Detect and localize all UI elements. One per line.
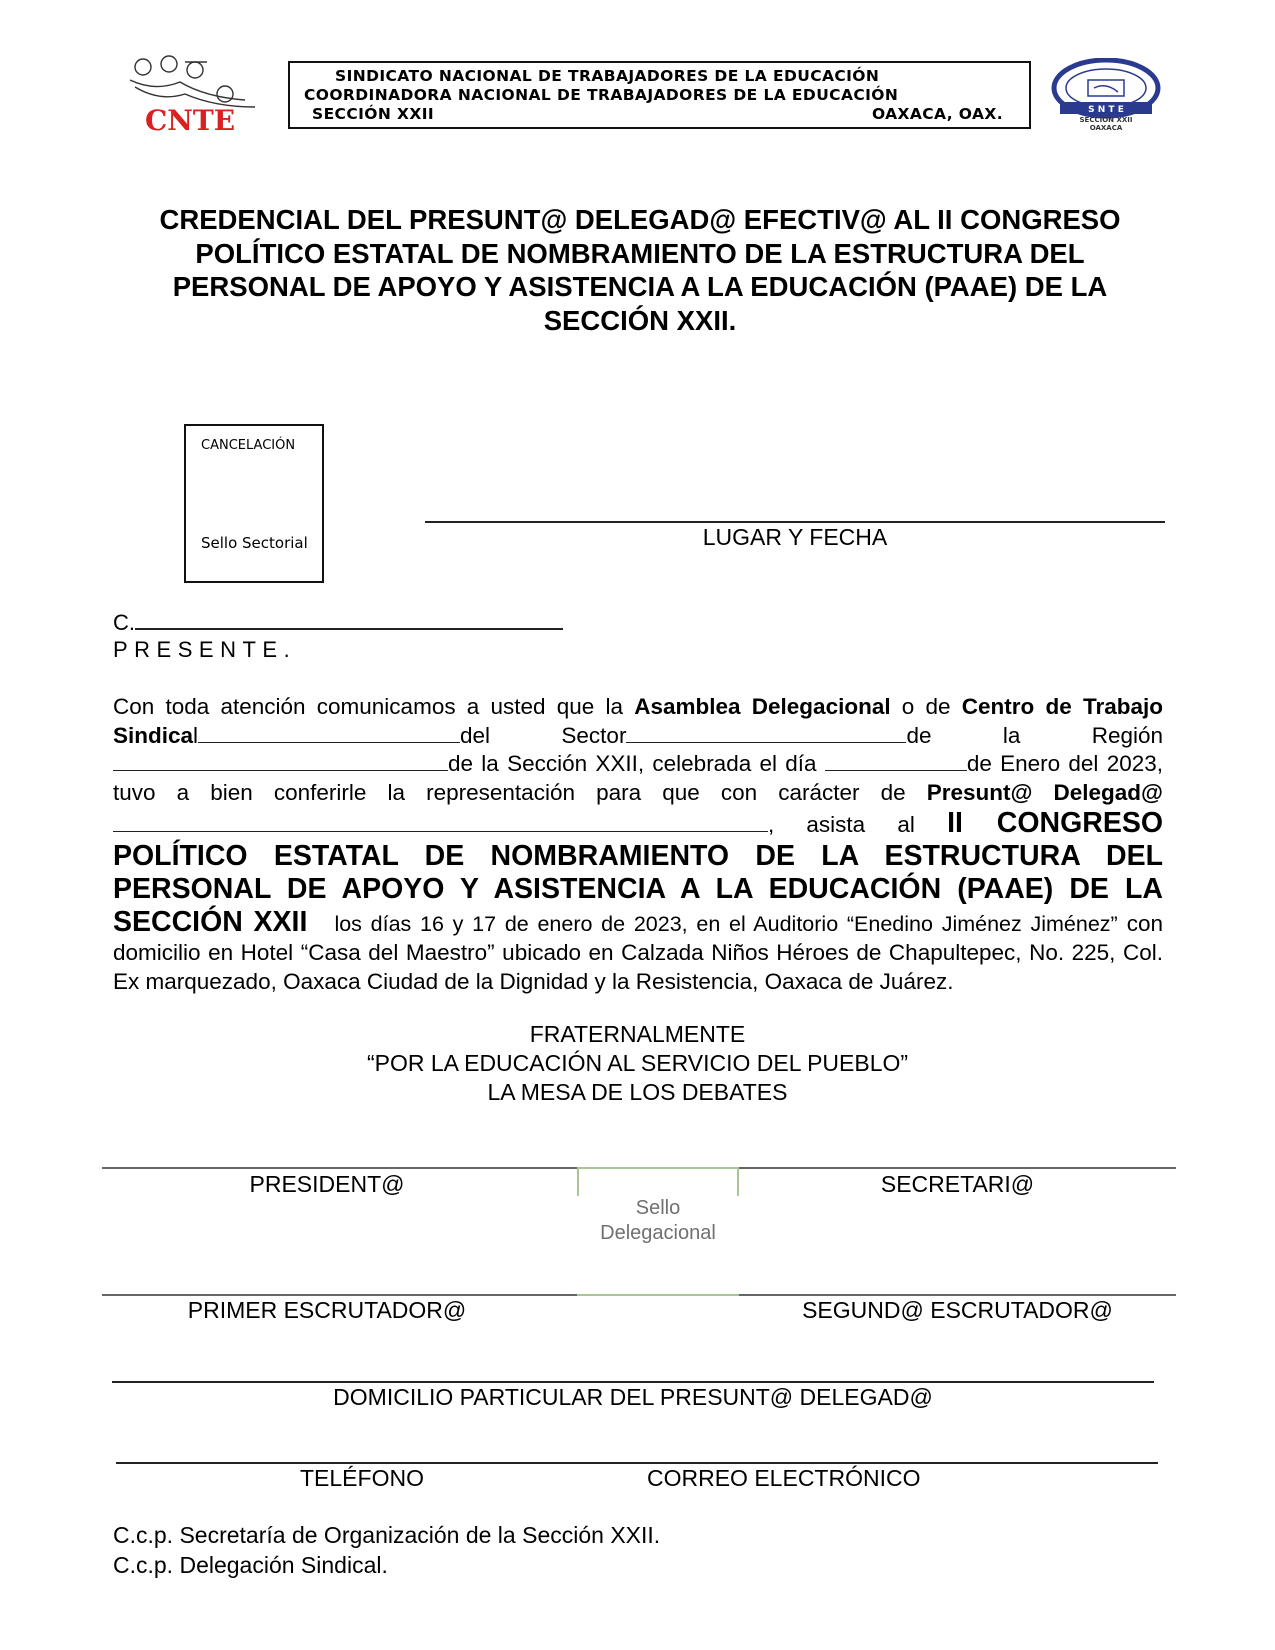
header-box: SINDICATO NACIONAL DE TRABAJADORES DE LA… bbox=[288, 61, 1031, 129]
document-title: CREDENCIAL DEL PRESUNT@ DELEGAD@ EFECTIV… bbox=[120, 203, 1160, 337]
address-label: DOMICILIO PARTICULAR DEL PRESUNT@ DELEGA… bbox=[112, 1384, 1154, 1411]
sector-field[interactable] bbox=[626, 722, 906, 743]
first-scrutineer-label: PRIMER ESCRUTADOR@ bbox=[102, 1297, 552, 1324]
seal-top-line bbox=[577, 1167, 739, 1169]
closing-fraternal: FRATERNALMENTE bbox=[300, 1020, 975, 1049]
svg-text:OAXACA: OAXACA bbox=[1090, 124, 1123, 132]
cancellation-stamp-box: CANCELACIÓN Sello Sectorial bbox=[184, 424, 324, 583]
svg-text:SECCION XXII: SECCION XXII bbox=[1080, 116, 1133, 124]
header-line-2: COORDINADORA NACIONAL DE TRABAJADORES DE… bbox=[304, 86, 898, 105]
day-field[interactable] bbox=[825, 750, 967, 771]
address-line[interactable] bbox=[112, 1381, 1154, 1383]
work-center-field[interactable] bbox=[198, 722, 460, 743]
body-bold-asamblea: Asamblea Delegacional bbox=[634, 694, 890, 719]
seal-left-border bbox=[577, 1167, 579, 1196]
second-scrutineer-signature-line[interactable] bbox=[739, 1294, 1176, 1296]
secretary-label: SECRETARI@ bbox=[739, 1171, 1176, 1198]
first-scrutineer-signature-line[interactable] bbox=[102, 1294, 577, 1296]
body-bold-presunto: Presunt@ Delegad@ bbox=[927, 780, 1163, 805]
secretary-signature-line[interactable] bbox=[739, 1167, 1176, 1169]
region-field[interactable] bbox=[113, 750, 448, 771]
body-text: , asista al bbox=[768, 812, 947, 837]
addressee-line: C. bbox=[113, 608, 563, 636]
body-text: de la Sección XXII, celebrada el día bbox=[448, 751, 825, 776]
phone-email-line[interactable] bbox=[116, 1462, 1158, 1464]
header-location: OAXACA, OAX. bbox=[872, 105, 1003, 124]
closing-mesa: LA MESA DE LOS DEBATES bbox=[300, 1078, 975, 1107]
president-signature-line[interactable] bbox=[102, 1167, 577, 1169]
body-text: del Sector bbox=[460, 723, 626, 748]
cnte-logo-icon: CNTE bbox=[125, 52, 275, 134]
delegational-seal-label: Sello Delegacional bbox=[577, 1196, 739, 1246]
cancellation-label: CANCELACIÓN bbox=[201, 438, 295, 453]
snte-logo: S N T E SECCION XXII OAXACA bbox=[1050, 58, 1162, 132]
presente-label: PRESENTE. bbox=[113, 637, 296, 663]
place-date-label: LUGAR Y FECHA bbox=[425, 524, 1165, 551]
seal-bottom-line bbox=[577, 1294, 739, 1296]
sectorial-seal-label: Sello Sectorial bbox=[201, 534, 308, 552]
closing-block: FRATERNALMENTE “POR LA EDUCACIÓN AL SERV… bbox=[300, 1020, 975, 1107]
second-scrutineer-label: SEGUND@ ESCRUTADOR@ bbox=[739, 1297, 1176, 1324]
addressee-prefix: C. bbox=[113, 610, 135, 635]
body-text: los días 16 y 17 de enero de 2023, en el… bbox=[334, 912, 1117, 936]
body-text: Con toda atención comunicamos a usted qu… bbox=[113, 694, 634, 719]
email-label: CORREO ELECTRÓNICO bbox=[647, 1465, 920, 1492]
president-label: PRESIDENT@ bbox=[102, 1171, 552, 1198]
body-text: de la Región bbox=[906, 723, 1163, 748]
ccp-item: C.c.p. Delegación Sindical. bbox=[113, 1550, 660, 1580]
delegate-type-field[interactable] bbox=[113, 811, 768, 832]
body-text: o de bbox=[891, 694, 962, 719]
body-paragraph: Con toda atención comunicamos a usted qu… bbox=[113, 693, 1163, 996]
closing-motto: “POR LA EDUCACIÓN AL SERVICIO DEL PUEBLO… bbox=[300, 1049, 975, 1078]
ccp-item: C.c.p. Secretaría de Organización de la … bbox=[113, 1520, 660, 1550]
cnte-logo: CNTE bbox=[125, 52, 275, 134]
place-date-line[interactable] bbox=[425, 521, 1165, 523]
header-line-1: SINDICATO NACIONAL DE TRABAJADORES DE LA… bbox=[335, 67, 879, 86]
svg-text:S N T E: S N T E bbox=[1088, 105, 1124, 115]
ccp-block: C.c.p. Secretaría de Organización de la … bbox=[113, 1520, 660, 1580]
snte-seal-icon: S N T E SECCION XXII OAXACA bbox=[1050, 58, 1162, 132]
svg-text:CNTE: CNTE bbox=[145, 104, 235, 134]
addressee-name-field[interactable] bbox=[135, 608, 563, 630]
phone-label: TELÉFONO bbox=[300, 1465, 424, 1492]
header-line-3: SECCIÓN XXII bbox=[312, 105, 434, 124]
